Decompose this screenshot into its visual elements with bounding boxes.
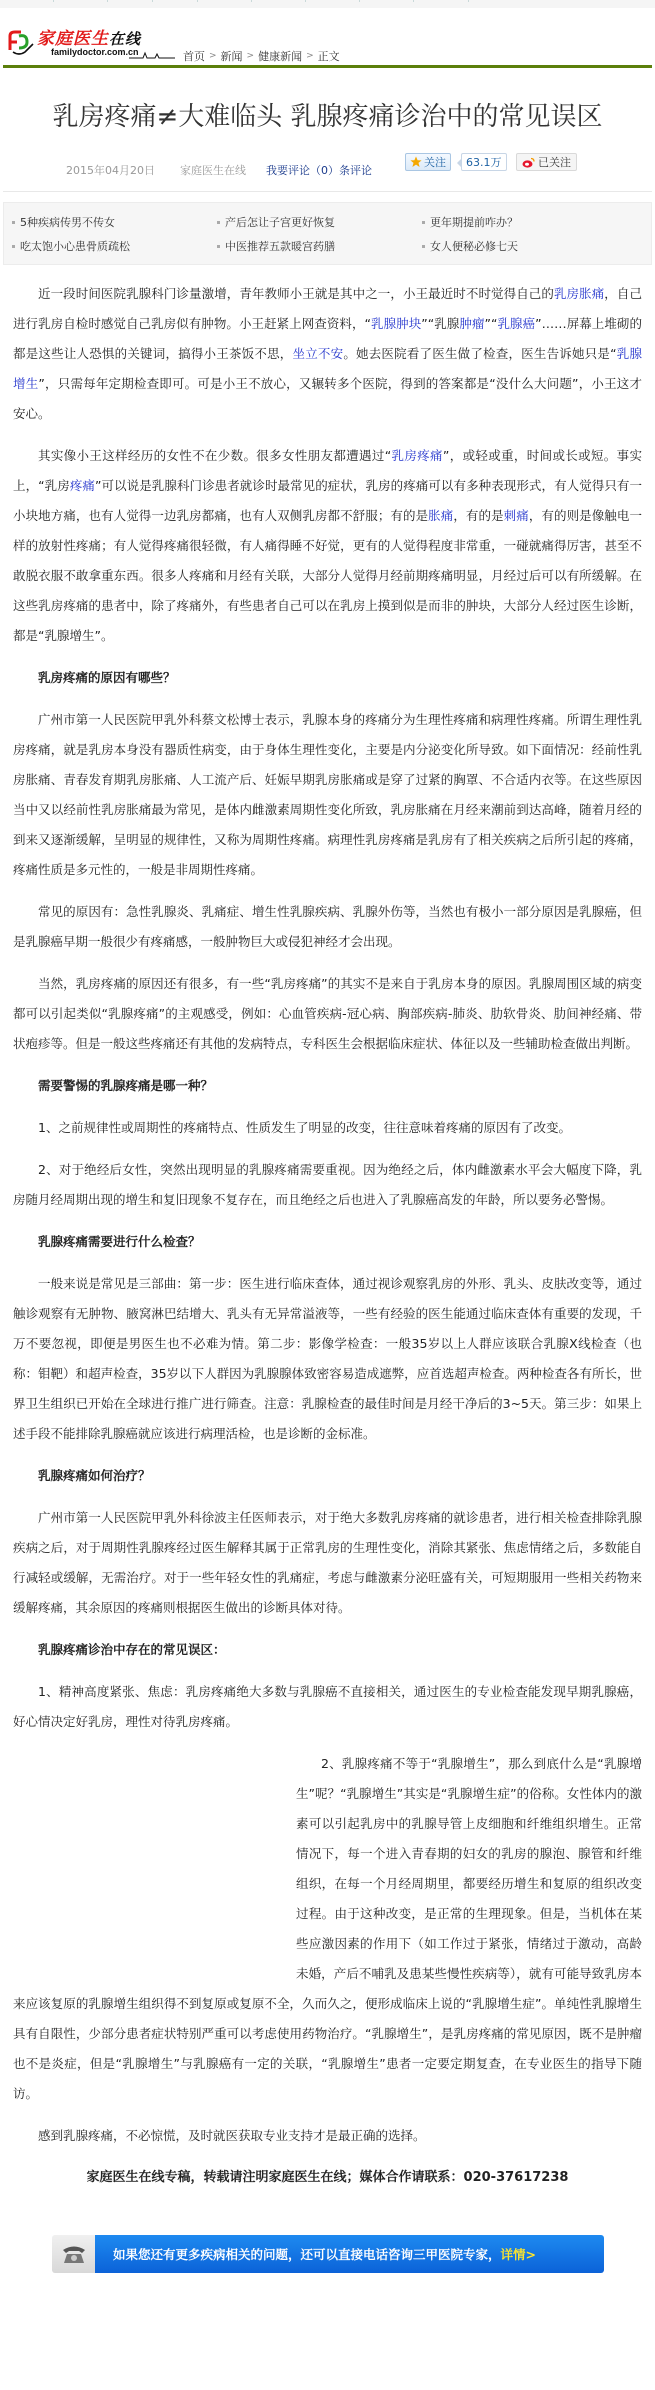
related-article-title: 产后怎让子宫更好恢复 — [225, 214, 335, 230]
keyword-link[interactable]: 肿瘤 — [459, 316, 484, 331]
nav-divider — [197, 0, 198, 2]
ecg-line-icon — [129, 51, 175, 59]
nav-divider — [468, 0, 469, 2]
section-heading: 乳腺疼痛需要进行什么检查？ — [13, 1227, 642, 1257]
telephone-icon — [52, 2235, 95, 2273]
related-article-link[interactable]: 女人便秘必修七天 — [422, 238, 622, 254]
keyword-link[interactable]: 刺痛 — [504, 508, 529, 523]
article-source: 家庭医生在线 — [180, 162, 246, 178]
site-header: 家庭医生在线 familydoctor.com.cn 首页 > 新闻 > 健康新… — [3, 8, 652, 68]
text: ”，只需每年定期检查即可。可是小王不放心，又辗转多个医院，得到的答案都是“没什么… — [13, 376, 642, 421]
paragraph: 近一段时间医院乳腺科门诊量激增，青年教师小王就是其中之一，小王最近时不时觉得自己… — [13, 279, 642, 429]
section-heading: 乳腺疼痛如何治疗？ — [13, 1461, 642, 1491]
stethoscope-logo-icon — [7, 30, 37, 56]
consult-banner-text: 如果您还有更多疾病相关的问题，还可以直接电话咨询三甲医院专家，详情> — [95, 2235, 604, 2273]
section-heading: 乳房疼痛的原因有哪些？ — [13, 663, 642, 693]
paragraph: 其实像小王这样经历的女性不在少数。很多女性朋友都遭遇过“乳房疼痛”，或轻或重，时… — [13, 441, 642, 651]
related-article-link[interactable]: 产后怎让子宫更好恢复 — [217, 214, 422, 230]
paragraph: 当然，乳房疼痛的原因还有很多，有一些“乳房疼痛”的其实不是来自于乳房本身的原因。… — [13, 969, 642, 1059]
comment-link[interactable]: 我要评论（0）条评论 — [266, 162, 372, 178]
logo-text: 家庭医生在线 — [37, 24, 141, 49]
star-icon — [410, 156, 422, 168]
bullet-icon — [12, 245, 15, 248]
keyword-link[interactable]: 疼痛 — [70, 478, 95, 493]
text: ”“乳腺 — [421, 316, 459, 331]
bullet-icon — [217, 221, 220, 224]
bullet-icon — [12, 221, 15, 224]
text: ，有的则是像触电一样的放射性疼痛；有人觉得疼痛很轻微，有人痛得睡不好觉，更有的人… — [13, 508, 642, 643]
paragraph: 广州市第一人民医院甲乳外科蔡文松博士表示，乳腺本身的疼痛分为生理性疼痛和病理性疼… — [13, 705, 642, 885]
paragraph: 广州市第一人民医院甲乳外科徐波主任医师表示，对于绝大多数乳房疼痛的就诊患者，进行… — [13, 1503, 642, 1623]
text: ”“ — [485, 316, 498, 331]
weibo-icon — [522, 157, 535, 168]
breadcrumb-health-news[interactable]: 健康新闻 — [258, 48, 302, 64]
related-article-link[interactable]: 中医推荐五款暖宫药膳 — [217, 238, 422, 254]
logo-domain: familydoctor.com.cn — [51, 47, 139, 57]
keyword-link[interactable]: 乳房疼痛 — [391, 448, 443, 463]
keyword-link[interactable]: 乳腺肿块 — [371, 316, 421, 331]
breadcrumb-news[interactable]: 新闻 — [221, 48, 243, 64]
related-articles: 5种疾病传男不传女 产后怎让子宫更好恢复 更年期提前咋办？ 吃太饱小心患骨质疏松… — [3, 202, 652, 265]
site-logo[interactable]: 家庭医生在线 familydoctor.com.cn — [7, 24, 175, 64]
keyword-link[interactable]: 乳房胀痛 — [554, 286, 604, 301]
paragraph: 2、对于绝经后女性，突然出现明显的乳腺疼痛需要重视。因为绝经之后，体内雌激素水平… — [13, 1155, 642, 1215]
follower-count: 63.1万 — [461, 153, 507, 171]
text: 其实像小王这样经历的女性不在少数。很多女性朋友都遭遇过“ — [38, 448, 391, 463]
keyword-link[interactable]: 胀痛 — [428, 508, 453, 523]
article-title: 乳房疼痛≠大难临头 乳腺疼痛诊治中的常见误区 — [0, 96, 655, 133]
related-article-title: 吃太饱小心患骨质疏松 — [20, 238, 130, 254]
consult-banner[interactable]: 如果您还有更多疾病相关的问题，还可以直接电话咨询三甲医院专家，详情> — [52, 2235, 604, 2273]
text: ，有的是 — [453, 508, 503, 523]
paragraph: 1、精神高度紧张、焦虑：乳房疼痛绝大多数与乳腺癌不直接相关，通过医生的专业检查能… — [13, 1677, 642, 1737]
text: 近一段时间医院乳腺科门诊量激增，青年教师小王就是其中之一，小王最近时不时觉得自己… — [38, 286, 554, 301]
logo-text-black: 在线 — [109, 30, 141, 48]
bullet-icon — [422, 221, 425, 224]
nav-divider — [305, 0, 306, 2]
divider — [3, 191, 652, 192]
article-meta: 2015年04月20日 家庭医生在线 我要评论（0）条评论 关注 63.1万 已… — [0, 147, 655, 187]
nav-divider — [53, 0, 54, 2]
breadcrumb-separator: > — [306, 51, 314, 61]
related-article-title: 更年期提前咋办？ — [430, 214, 518, 230]
text: 。她去医院看了医生做了检查，医生告诉她只是“ — [343, 346, 616, 361]
related-article-link[interactable]: 更年期提前咋办？ — [422, 214, 622, 230]
nav-divider — [413, 0, 414, 2]
paragraph: 1、之前规律性或周期性的疼痛特点、性质发生了明显的改变，往往意味着疼痛的原因有了… — [13, 1113, 642, 1143]
section-heading: 乳腺疼痛诊治中存在的常见误区： — [13, 1635, 642, 1665]
follow-label: 关注 — [424, 154, 446, 170]
details-link[interactable]: 详情> — [501, 2245, 536, 2263]
nav-divider — [251, 0, 252, 2]
copyright-note: 家庭医生在线专稿，转载请注明家庭医生在线；媒体合作请联系：020-3761723… — [13, 2163, 642, 2193]
breadcrumb-separator: > — [247, 51, 255, 61]
related-article-title: 5种疾病传男不传女 — [20, 214, 115, 230]
weibo-follow-button[interactable]: 已关注 — [516, 153, 577, 171]
related-article-title: 女人便秘必修七天 — [430, 238, 518, 254]
paragraph: 一般来说是常见是三部曲：第一步：医生进行临床查体，通过视诊观察乳房的外形、乳头、… — [13, 1269, 642, 1449]
nav-divider — [359, 0, 360, 2]
keyword-link[interactable]: 坐立不安 — [292, 346, 343, 361]
nav-divider — [152, 0, 153, 2]
keyword-link[interactable]: 乳腺癌 — [497, 316, 535, 331]
logo-text-red: 家庭医生 — [37, 29, 109, 49]
empty-image-placeholder — [13, 1749, 296, 1987]
article-body: 近一段时间医院乳腺科门诊量激增，青年教师小王就是其中之一，小王最近时不时觉得自己… — [0, 279, 655, 2193]
breadcrumb: 首页 > 新闻 > 健康新闻 > 正文 — [183, 48, 340, 64]
breadcrumb-separator: > — [209, 51, 217, 61]
bullet-icon — [422, 245, 425, 248]
bullet-icon — [217, 245, 220, 248]
nav-divider — [107, 0, 108, 2]
breadcrumb-home[interactable]: 首页 — [183, 48, 205, 64]
related-article-title: 中医推荐五款暖宫药膳 — [225, 238, 335, 254]
breadcrumb-current: 正文 — [318, 48, 340, 64]
paragraph: 常见的原因有：急性乳腺炎、乳痛症、增生性乳腺疾病、乳腺外伤等，当然也有极小一部分… — [13, 897, 642, 957]
related-article-link[interactable]: 吃太饱小心患骨质疏松 — [12, 238, 217, 254]
follow-button[interactable]: 关注 — [405, 153, 451, 171]
top-nav-bar — [0, 0, 655, 8]
publish-date: 2015年04月20日 — [66, 162, 155, 178]
banner-message: 如果您还有更多疾病相关的问题，还可以直接电话咨询三甲医院专家， — [113, 2245, 501, 2263]
section-heading: 需要警惕的乳腺疼痛是哪一种？ — [13, 1071, 642, 1101]
paragraph: 感到乳腺疼痛，不必惊慌，及时就医获取专业支持才是最正确的选择。 — [13, 2121, 642, 2151]
related-article-link[interactable]: 5种疾病传男不传女 — [12, 214, 217, 230]
weibo-follow-label: 已关注 — [538, 154, 571, 170]
